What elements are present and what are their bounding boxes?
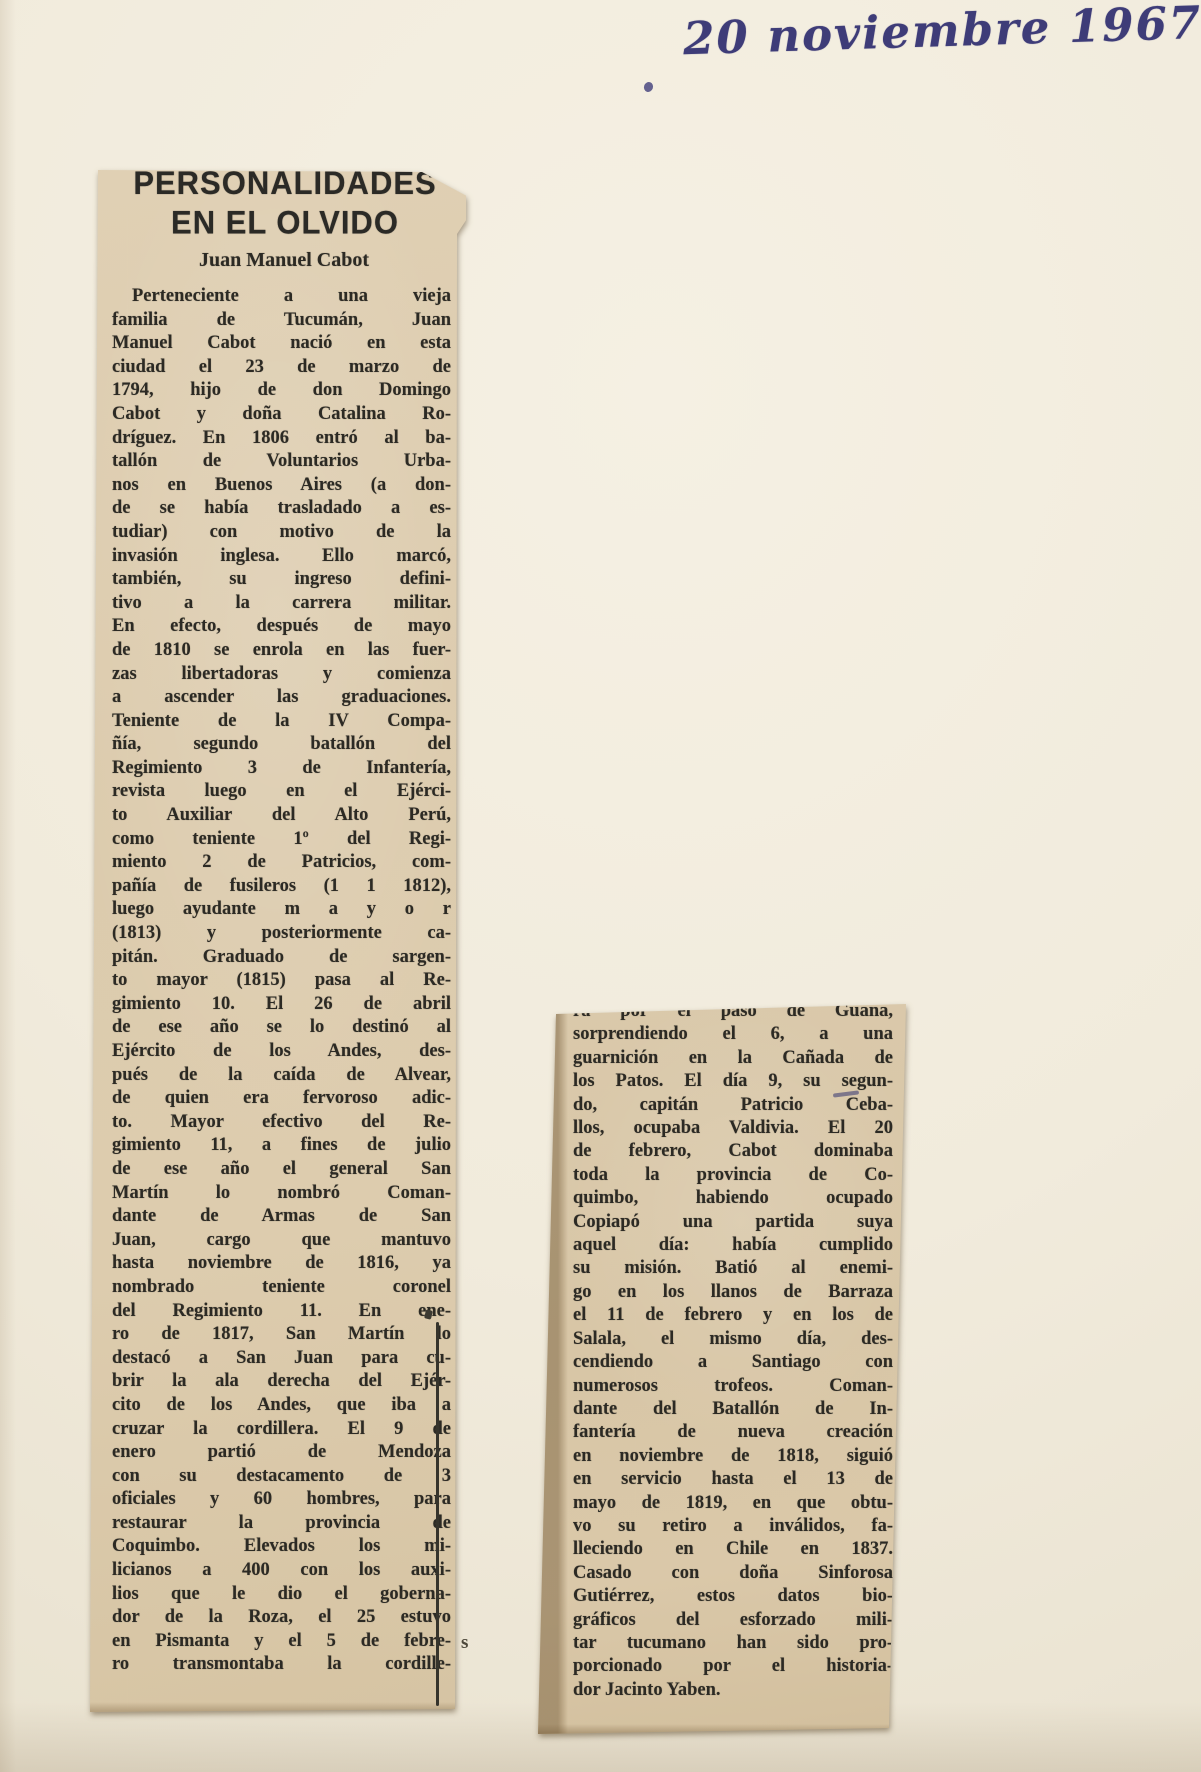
- printed-column-rule: [436, 1322, 439, 1706]
- left-newspaper-clipping: PERSONALIDADES EN EL OLVIDO Juan Manuel …: [88, 138, 466, 1690]
- right-clipping-last-line: dor Jacinto Yaben.: [573, 1679, 893, 1702]
- stray-print-char: s: [461, 1632, 468, 1654]
- clipping-byline: Juan Manuel Cabot: [88, 249, 466, 272]
- clipping-headline: PERSONALIDADES EN EL OLVIDO: [88, 164, 466, 243]
- right-newspaper-clipping: ra por el paso de Guana, sorprendiendo e…: [532, 976, 912, 1716]
- left-clipping-paper: PERSONALIDADES EN EL OLVIDO Juan Manuel …: [88, 164, 466, 1716]
- handwritten-date: 20 noviembre 1967: [682, 0, 1083, 65]
- ink-dot: [643, 81, 655, 93]
- left-clipping-body: Perteneciente a una vieja familia de Tuc…: [112, 285, 451, 1677]
- right-clipping-paper: ra por el paso de Guana, sorprendiendo e…: [532, 1000, 912, 1740]
- right-clipping-body: ra por el paso de Guana, sorprendiendo e…: [573, 1000, 893, 1679]
